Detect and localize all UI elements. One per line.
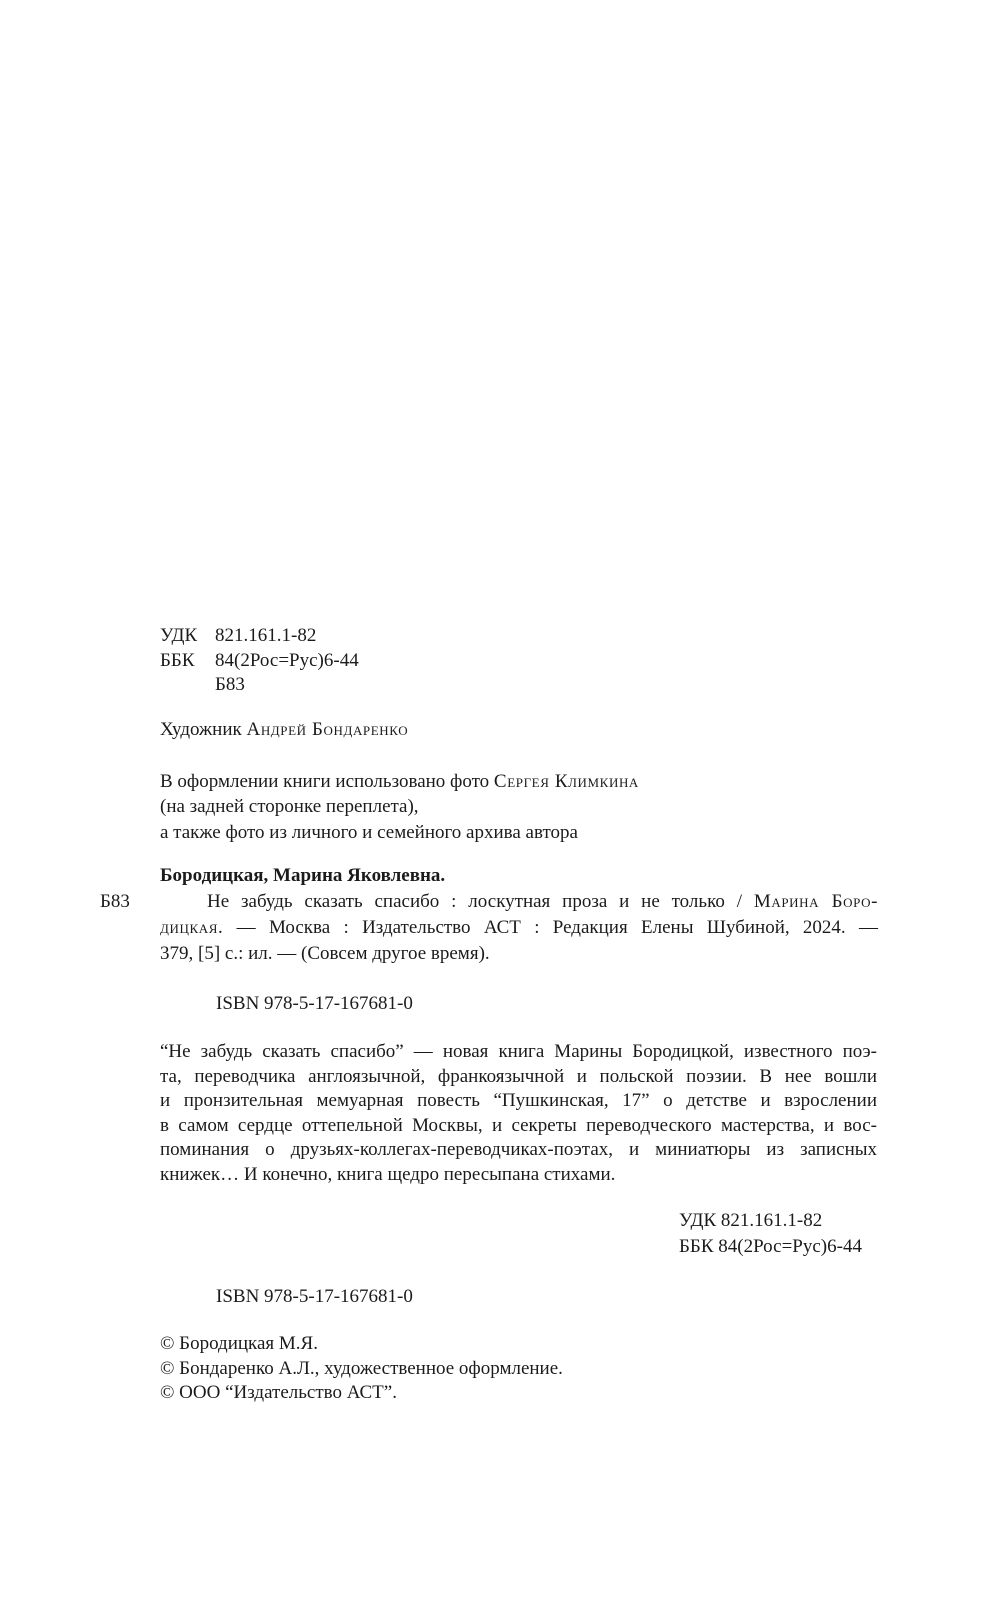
udk-row: УДК 821.161.1-82 xyxy=(160,624,359,649)
copyright-line-2: © Бондаренко А.Л., художественное оформл… xyxy=(160,1357,563,1382)
bib-line-1-text: Не забудь сказать спасибо : лоскутная пр… xyxy=(207,891,754,912)
artist-name: Андрей Бондаренко xyxy=(247,719,409,740)
bib-line-1-author-smallcaps: Марина Боро- xyxy=(754,891,878,912)
udk-value: 821.161.1-82 xyxy=(215,624,316,649)
bib-line-3: 379, [5] с.: ил. — (Совсем другое время)… xyxy=(160,941,878,967)
annotation-line-5: поминания о друзьях-коллегах-переводчика… xyxy=(160,1138,877,1163)
copyright-block: © Бородицкая М.Я. © Бондаренко А.Л., худ… xyxy=(160,1332,563,1406)
author-sign-spacer xyxy=(160,673,215,698)
annotation-line-1: “Не забудь сказать спасибо” — новая книг… xyxy=(160,1040,877,1065)
photo-credit-line-2: (на задней сторонке переплета), xyxy=(160,794,639,819)
annotation-paragraph: “Не забудь сказать спасибо” — новая книг… xyxy=(160,1040,877,1188)
classification-bottom-block: УДК 821.161.1-82 ББК 84(2Рос=Рус)6-44 xyxy=(679,1208,862,1260)
bib-line-2-text: — Москва : Издательство АСТ : Редакция Е… xyxy=(223,917,878,938)
bib-line-1: Не забудь сказать спасибо : лоскутная пр… xyxy=(160,889,878,915)
bbk-label: ББК xyxy=(160,649,215,674)
annotation-line-4: в самом сердце оттепельной Москвы, и сек… xyxy=(160,1114,877,1139)
classification-top-block: УДК 821.161.1-82 ББК 84(2Рос=Рус)6-44 Б8… xyxy=(160,624,359,698)
bbk-row: ББК 84(2Рос=Рус)6-44 xyxy=(160,649,359,674)
bbk-bottom: ББК 84(2Рос=Рус)6-44 xyxy=(679,1234,862,1260)
isbn-first: ISBN 978-5-17-167681-0 xyxy=(216,991,413,1016)
photo-credit-line-1: В оформлении книги использовано фото Сер… xyxy=(160,769,639,794)
annotation-line-3: и пронзительная мемуарная повесть “Пушки… xyxy=(160,1089,877,1114)
bib-author-heading: Бородицкая, Марина Яковлевна. xyxy=(160,863,878,889)
author-sign-bib: Б83 xyxy=(100,889,130,915)
bbk-value: 84(2Рос=Рус)6-44 xyxy=(215,649,359,674)
copyright-line-3: © ООО “Издательство АСТ”. xyxy=(160,1381,563,1406)
photo-credit-prefix: В оформлении книги использовано фото xyxy=(160,771,494,792)
udk-bottom: УДК 821.161.1-82 xyxy=(679,1208,862,1234)
artist-credit-line: Художник Андрей Бондаренко xyxy=(160,717,408,742)
bib-line-2-author-smallcaps: дицкая. xyxy=(160,917,223,938)
author-sign-top: Б83 xyxy=(215,673,245,698)
udk-label: УДК xyxy=(160,624,215,649)
photo-credit-line-3: а также фото из личного и семейного архи… xyxy=(160,820,639,845)
book-imprint-page: УДК 821.161.1-82 ББК 84(2Рос=Рус)6-44 Б8… xyxy=(0,0,1000,1616)
bib-line-2: дицкая. — Москва : Издательство АСТ : Ре… xyxy=(160,915,878,941)
annotation-line-2: та, переводчика англоязычной, франкоязыч… xyxy=(160,1065,877,1090)
author-sign-row: Б83 xyxy=(160,673,359,698)
photographer-name: Сергея Климкина xyxy=(494,771,639,792)
isbn-second: ISBN 978-5-17-167681-0 xyxy=(216,1284,413,1309)
photo-credit-block: В оформлении книги использовано фото Сер… xyxy=(160,769,639,845)
annotation-line-6: книжек… И конечно, книга щедро пересыпан… xyxy=(160,1163,877,1188)
copyright-line-1: © Бородицкая М.Я. xyxy=(160,1332,563,1357)
artist-credit-prefix: Художник xyxy=(160,719,247,740)
bibliographic-entry: Б83 Бородицкая, Марина Яковлевна. Не заб… xyxy=(160,863,878,967)
